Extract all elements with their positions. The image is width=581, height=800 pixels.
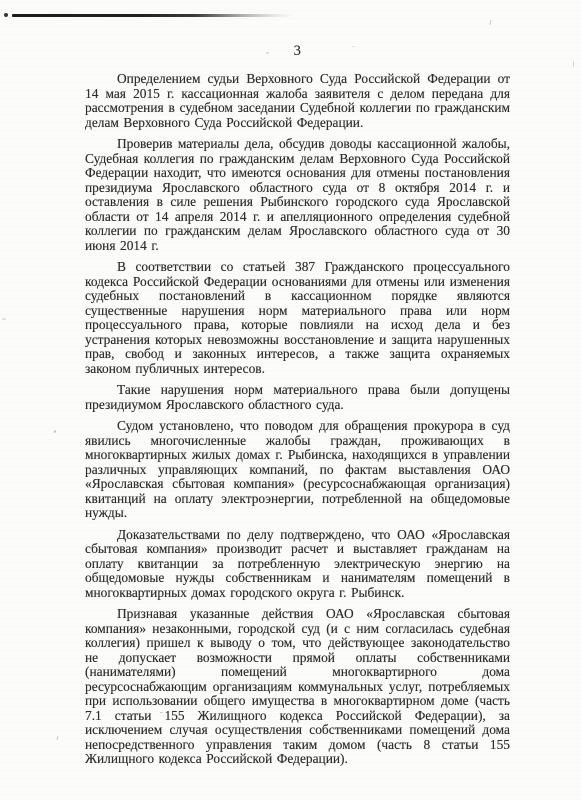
scan-artifact-dot <box>4 13 8 17</box>
scan-speck <box>56 736 58 740</box>
scanned-page: 3 Определением судьи Верховного Суда Рос… <box>0 0 581 800</box>
scan-speck <box>489 20 491 25</box>
scan-speck <box>53 430 56 434</box>
page-number: 3 <box>85 43 510 59</box>
document-body: Определением судьи Верховного Суда Росси… <box>85 65 510 767</box>
paragraph: Такие нарушения норм материального права… <box>85 383 510 412</box>
paragraph: Судом установлено, что поводом для обращ… <box>85 419 510 521</box>
paragraph: Доказательствами по делу подтверждено, ч… <box>85 528 510 601</box>
scan-artifact-line <box>12 14 294 17</box>
scan-speck <box>573 61 574 67</box>
paragraph: Проверив материалы дела, обсудив доводы … <box>85 137 510 253</box>
scan-speck <box>2 318 6 320</box>
paragraph: Признавая указанные действия ОАО «Яросла… <box>85 607 510 767</box>
paragraph: Определением судьи Верховного Суда Росси… <box>85 72 510 130</box>
paragraph: В соответствии со статьей 387 Гражданско… <box>85 260 510 376</box>
